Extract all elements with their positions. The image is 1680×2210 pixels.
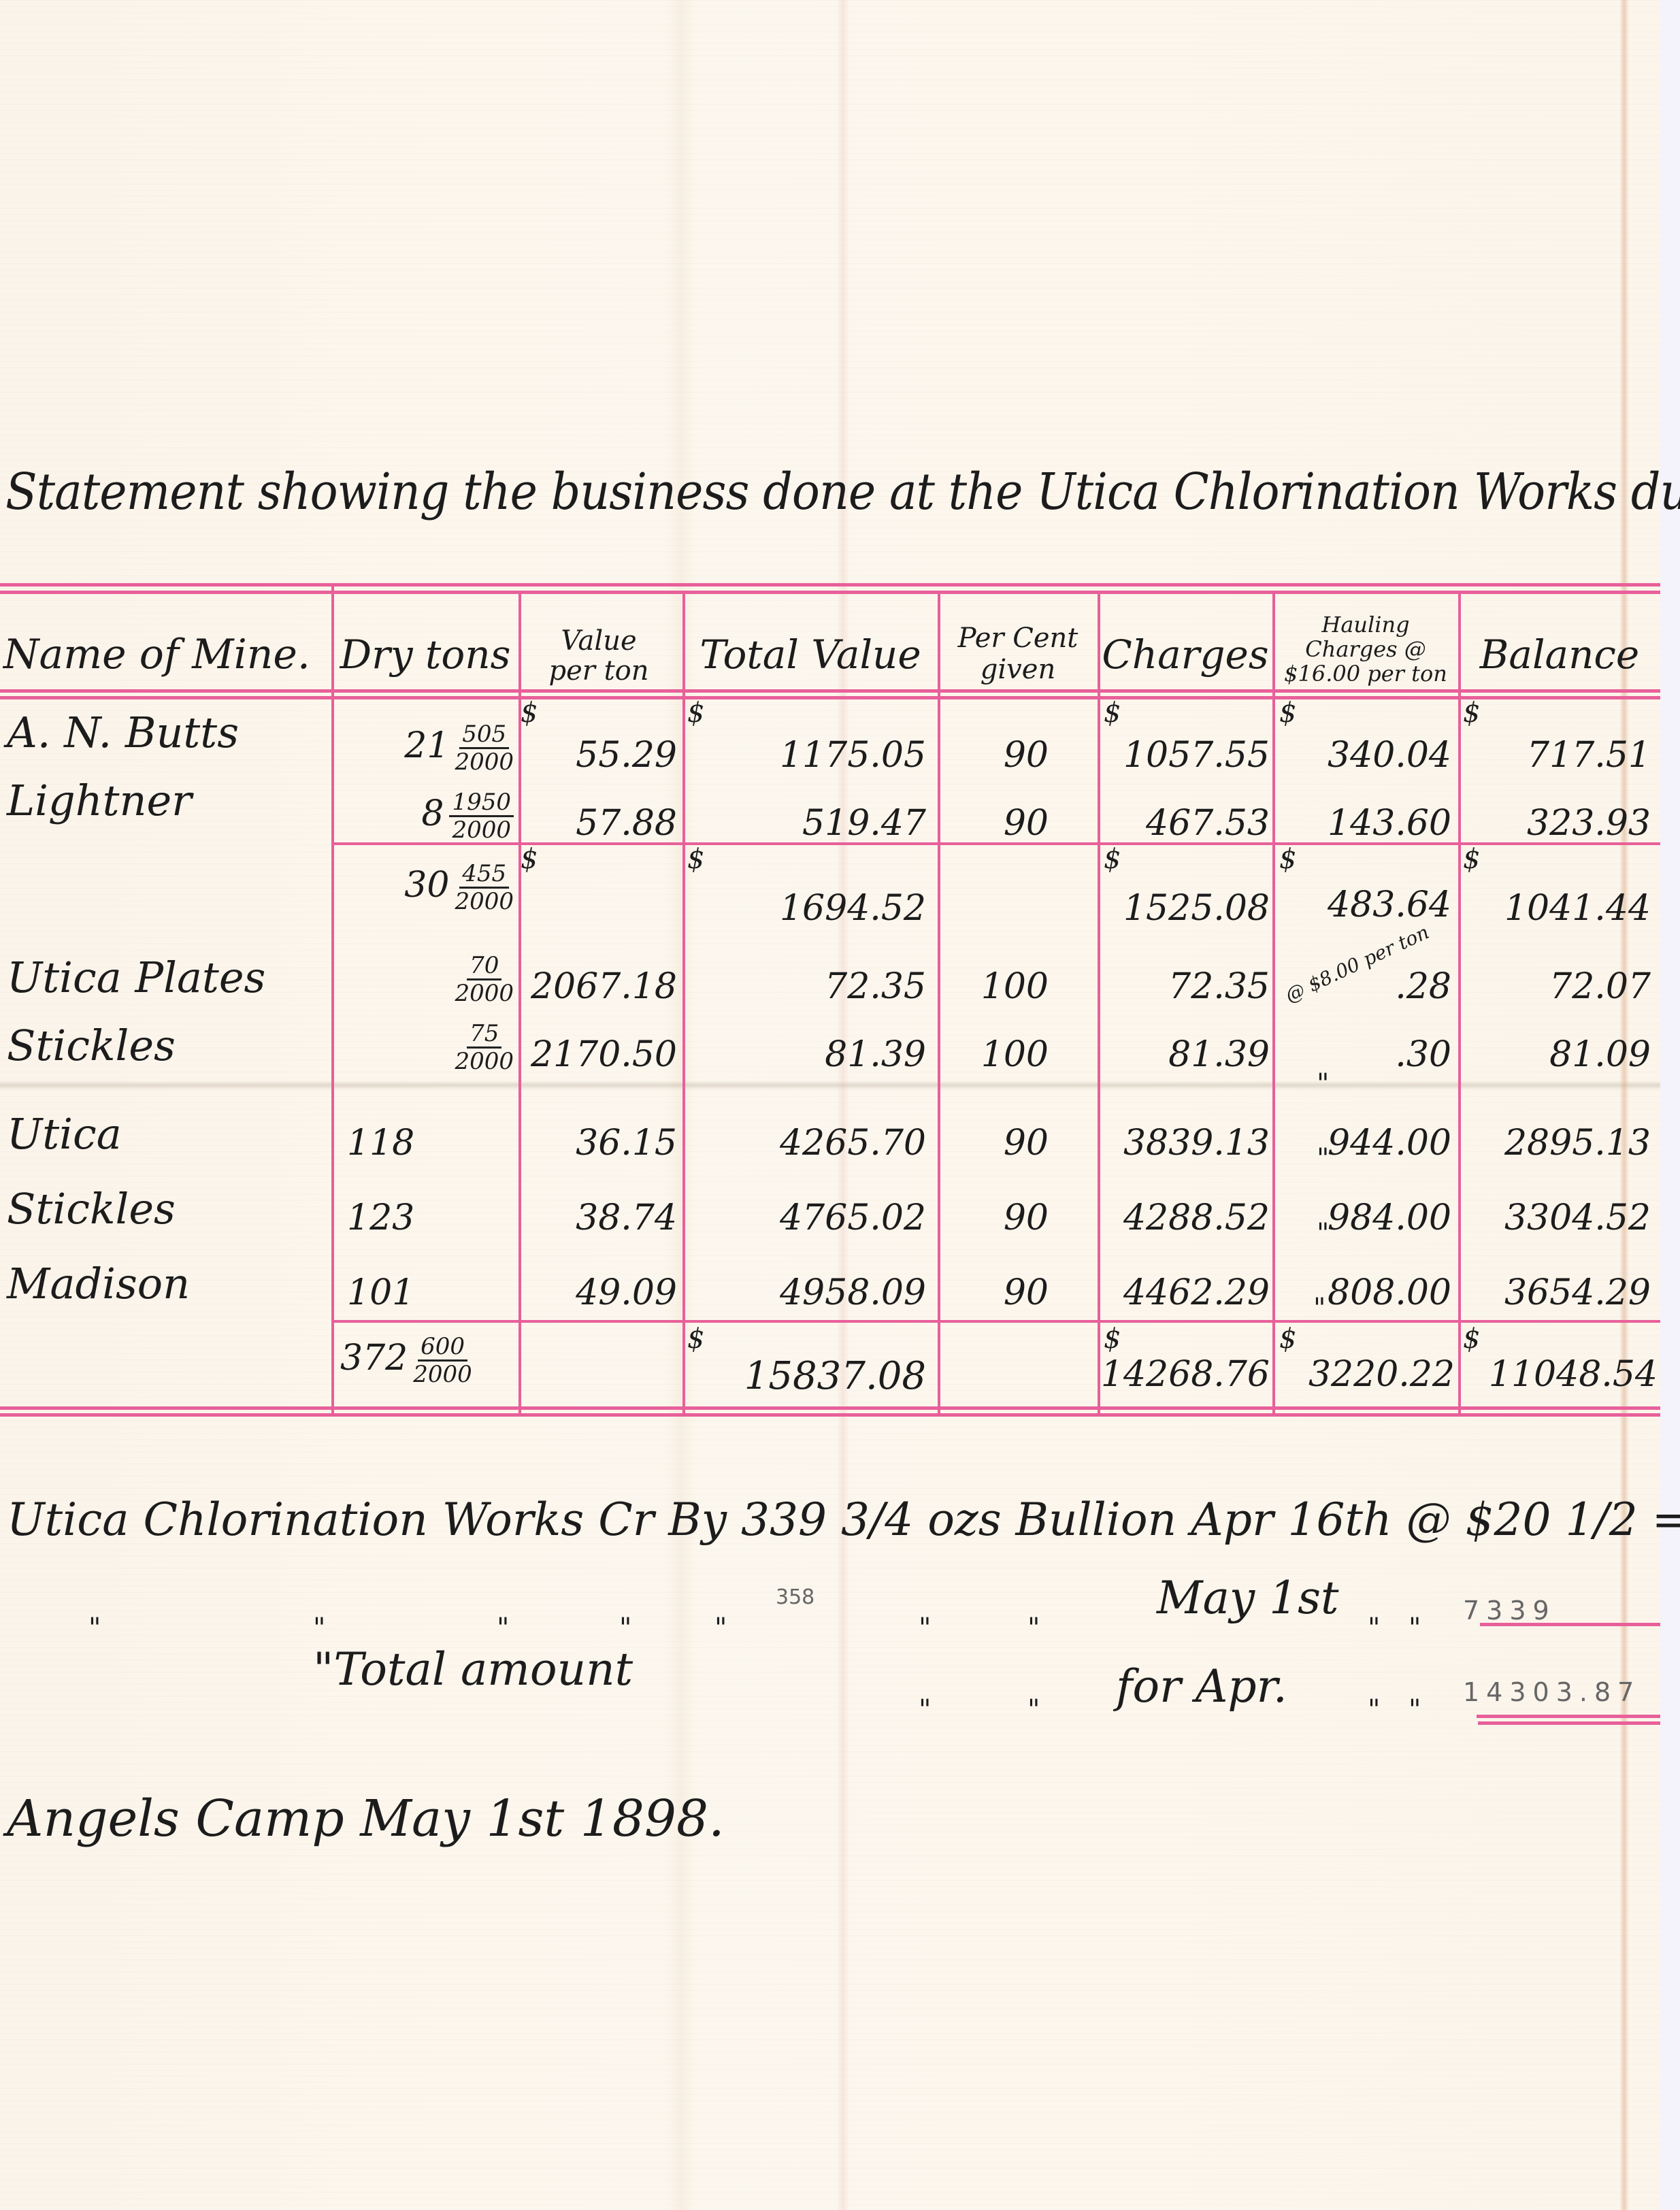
ledger-page bbox=[0, 0, 1660, 2210]
ditto-mark: " bbox=[88, 1613, 101, 1644]
balance: 1041.44 bbox=[1460, 888, 1651, 929]
tons-whole: 21 bbox=[404, 725, 449, 766]
mine-name: A. N. Butts bbox=[7, 708, 239, 757]
table-top-rule bbox=[0, 583, 1660, 587]
balance: 717.51 bbox=[1460, 735, 1651, 776]
ditto-mark: " bbox=[1027, 1613, 1040, 1644]
mine-name: Stickles bbox=[7, 1021, 176, 1070]
place-and-date: Angels Camp May 1st 1898. bbox=[7, 1790, 725, 1848]
tons-fraction: 6002000 bbox=[413, 1334, 472, 1387]
ditto-mark: " bbox=[714, 1613, 727, 1644]
per-cent: 90 bbox=[940, 803, 1049, 844]
table-bottom-rule-2 bbox=[0, 1413, 1660, 1417]
balance: 3654.29 bbox=[1460, 1272, 1651, 1313]
charges: 81.39 bbox=[1100, 1034, 1270, 1075]
tons-whole: 8 bbox=[421, 793, 444, 834]
ditto-mark: " bbox=[919, 1694, 931, 1726]
for-april-label: for Apr. bbox=[1116, 1660, 1287, 1713]
double-underline-2 bbox=[1478, 1721, 1660, 1725]
header-hauling-charges: Hauling Charges @ $16.00 per ton bbox=[1274, 612, 1457, 686]
page-title: Statement showing the business done at t… bbox=[5, 463, 1680, 521]
value-per-ton: 49.09 bbox=[521, 1272, 677, 1313]
total-value: 72.35 bbox=[685, 966, 926, 1007]
charges: 1525.08 bbox=[1100, 888, 1270, 929]
header-bottom-rule-2 bbox=[0, 696, 1660, 699]
charges: 1057.55 bbox=[1100, 735, 1270, 776]
hauling-charges: .30 bbox=[1274, 1034, 1451, 1075]
total-value: 81.39 bbox=[685, 1034, 926, 1075]
tons-fraction: 4552000 bbox=[455, 861, 514, 914]
dry-tons: 123 bbox=[347, 1198, 422, 1238]
may-credit-amount: 7339 bbox=[1463, 1596, 1556, 1626]
balance: 3304.52 bbox=[1460, 1198, 1651, 1238]
total-value: 1694.52 bbox=[685, 888, 926, 929]
ditto-mark: " bbox=[619, 1613, 631, 1644]
value-per-ton: 2170.50 bbox=[521, 1034, 677, 1075]
dollar-sign: $ bbox=[1463, 844, 1480, 875]
dry-tons: 215052000 bbox=[333, 721, 514, 775]
dollar-sign: $ bbox=[687, 1323, 704, 1355]
dollar-sign: $ bbox=[1463, 697, 1480, 729]
value-per-ton: 36.15 bbox=[521, 1123, 677, 1164]
value-per-ton: 55.29 bbox=[521, 735, 677, 776]
total-charges: 14268.76 bbox=[1100, 1354, 1270, 1395]
header-per-cent-given: Per Cent given bbox=[940, 623, 1096, 685]
total-value-sum: 15837.08 bbox=[685, 1354, 926, 1398]
charges: 72.35 bbox=[1100, 966, 1270, 1007]
charges: 3839.13 bbox=[1100, 1123, 1270, 1164]
dry-tons: 752000 bbox=[333, 1021, 514, 1074]
paper-fold-vertical bbox=[837, 0, 849, 2210]
april-total-amount: 14303.87 bbox=[1463, 1677, 1641, 1707]
dry-tons: 118 bbox=[347, 1123, 422, 1164]
mine-name: Lightner bbox=[7, 776, 192, 825]
per-cent: 100 bbox=[940, 966, 1049, 1007]
hauling-charges: 340.04 bbox=[1274, 735, 1451, 776]
per-cent: 90 bbox=[940, 735, 1049, 776]
tons-fraction: 702000 bbox=[455, 953, 514, 1006]
per-cent: 90 bbox=[940, 1272, 1049, 1313]
dry-tons: 304552000 bbox=[333, 861, 514, 914]
may-label: May 1st bbox=[1157, 1572, 1339, 1624]
dollar-sign: $ bbox=[1463, 1323, 1480, 1355]
hauling-charges: .28 bbox=[1274, 966, 1451, 1007]
hauling-charges: 808.00 bbox=[1274, 1272, 1451, 1313]
header-value-per-ton: Value per ton bbox=[538, 626, 660, 686]
mine-name: Stickles bbox=[7, 1184, 176, 1234]
table-bottom-rule bbox=[0, 1406, 1660, 1410]
header-balance: Balance bbox=[1460, 636, 1659, 673]
total-value: 4765.02 bbox=[685, 1198, 926, 1238]
per-cent: 100 bbox=[940, 1034, 1049, 1075]
dollar-sign: $ bbox=[1279, 697, 1296, 729]
header-bottom-rule bbox=[0, 689, 1660, 693]
total-value: 519.47 bbox=[685, 803, 926, 844]
tons-fraction: 19502000 bbox=[449, 789, 514, 843]
value-per-ton: 57.88 bbox=[521, 803, 677, 844]
hauling-charges: 984.00 bbox=[1274, 1198, 1451, 1238]
charges: 467.53 bbox=[1100, 803, 1270, 844]
balance: 323.93 bbox=[1460, 803, 1651, 844]
total-hauling-charges: 3220.22 bbox=[1274, 1354, 1455, 1395]
balance: 81.09 bbox=[1460, 1034, 1651, 1075]
dry-tons: 702000 bbox=[333, 953, 514, 1006]
total-balance: 11048.54 bbox=[1460, 1354, 1658, 1395]
dry-tons: 819502000 bbox=[333, 789, 514, 843]
total-value: 1175.05 bbox=[685, 735, 926, 776]
total-value: 4958.09 bbox=[685, 1272, 926, 1313]
total-dry-tons: 3726002000 bbox=[333, 1334, 521, 1387]
mine-name: Utica bbox=[7, 1109, 122, 1159]
page-edge-shadow bbox=[1619, 0, 1629, 2210]
hauling-charges: 143.60 bbox=[1274, 803, 1451, 844]
page-margin bbox=[1660, 0, 1680, 2210]
tons-fraction: 752000 bbox=[455, 1021, 514, 1074]
ditto-mark: " bbox=[1409, 1613, 1421, 1644]
dollar-sign: $ bbox=[1104, 1323, 1121, 1355]
mine-name: Madison bbox=[7, 1259, 190, 1308]
ditto-mark: " bbox=[1409, 1694, 1421, 1726]
tons-whole: 372 bbox=[340, 1338, 408, 1379]
dollar-sign: $ bbox=[1279, 844, 1296, 875]
total-amount-label: "Total amount bbox=[313, 1643, 633, 1696]
dollar-sign: $ bbox=[1279, 1323, 1296, 1355]
pencil-note: 358 bbox=[776, 1585, 814, 1609]
balance: 72.07 bbox=[1460, 966, 1651, 1007]
header-name-of-mine: Name of Mine. bbox=[3, 636, 330, 673]
balance: 2895.13 bbox=[1460, 1123, 1651, 1164]
ditto-mark: " bbox=[1368, 1613, 1380, 1644]
dollar-sign: $ bbox=[1104, 697, 1121, 729]
bullion-credit-line: Utica Chlorination Works Cr By 339 3/4 o… bbox=[7, 1494, 1680, 1546]
header-dry-tons: Dry tons bbox=[333, 636, 517, 673]
ditto-mark: " bbox=[313, 1613, 325, 1644]
ditto-mark: " bbox=[1368, 1694, 1380, 1726]
ditto-mark: " bbox=[497, 1613, 509, 1644]
mine-name: Utica Plates bbox=[7, 953, 265, 1002]
header-charges: Charges bbox=[1100, 636, 1271, 673]
dry-tons: 101 bbox=[347, 1272, 422, 1313]
header-total-value: Total Value bbox=[685, 636, 936, 673]
per-cent: 90 bbox=[940, 1123, 1049, 1164]
total-rule bbox=[331, 1320, 1660, 1323]
dollar-sign: $ bbox=[521, 844, 538, 875]
ditto-mark: " bbox=[1027, 1694, 1040, 1726]
ditto-mark: " bbox=[919, 1613, 931, 1644]
dollar-sign: $ bbox=[687, 697, 704, 729]
tons-fraction: 5052000 bbox=[455, 721, 514, 775]
dollar-sign: $ bbox=[521, 697, 538, 729]
hauling-charges: 483.64 bbox=[1274, 885, 1451, 925]
dollar-sign: $ bbox=[687, 844, 704, 875]
table-top-rule-2 bbox=[0, 591, 1660, 594]
hauling-charges: 944.00 bbox=[1274, 1123, 1451, 1164]
tons-whole: 30 bbox=[404, 865, 449, 906]
dollar-sign: $ bbox=[1104, 844, 1121, 875]
charges: 4288.52 bbox=[1100, 1198, 1270, 1238]
total-value: 4265.70 bbox=[685, 1123, 926, 1164]
per-cent: 90 bbox=[940, 1198, 1049, 1238]
double-underline bbox=[1477, 1715, 1660, 1718]
value-per-ton: 2067.18 bbox=[521, 966, 677, 1007]
value-per-ton: 38.74 bbox=[521, 1198, 677, 1238]
bullion-credit-text: Utica Chlorination Works Cr By 339 3/4 o… bbox=[7, 1494, 1680, 1546]
charges: 4462.29 bbox=[1100, 1272, 1270, 1313]
paper-fold-horizontal bbox=[0, 1081, 1660, 1090]
underline bbox=[1480, 1623, 1660, 1626]
